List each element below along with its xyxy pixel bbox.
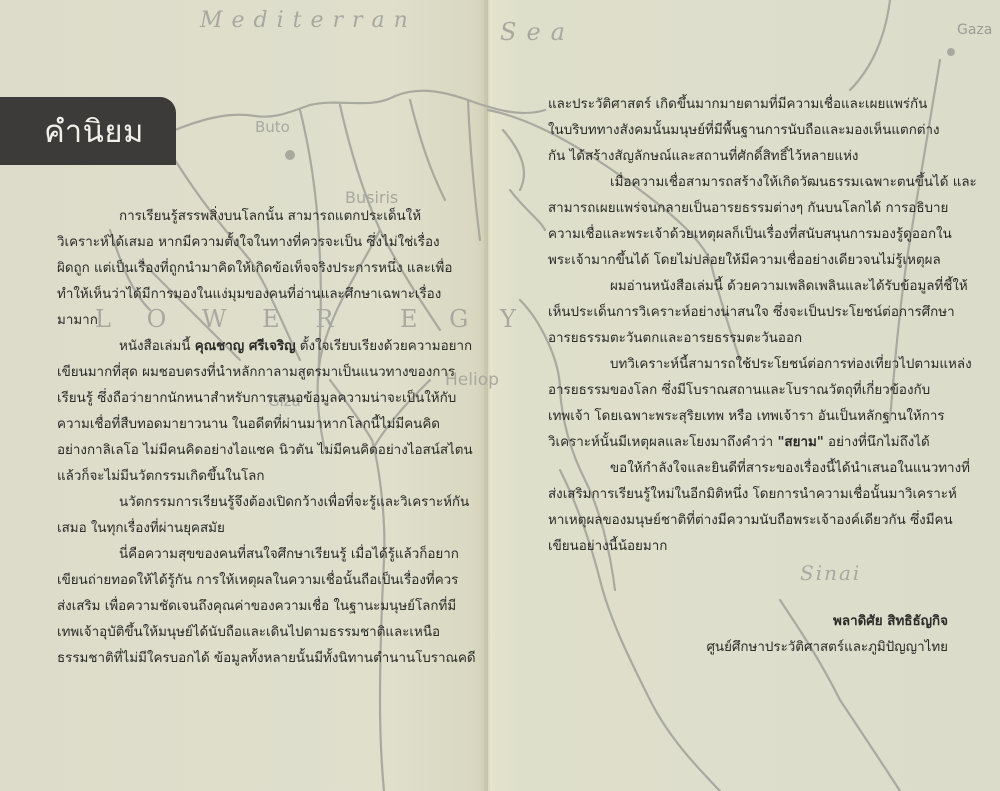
- text-line: ขอให้กำลังใจและยินดีที่สาระของเรื่องนี้ไ…: [548, 456, 958, 482]
- text-line: ในบริบททางสังคมนั้นมนุษย์ที่มีพื้นฐานการ…: [548, 118, 958, 144]
- text-line: บทวิเคราะห์นี้สามารถใช้ประโยชน์ต่อการท่อ…: [548, 352, 958, 378]
- text-line: เห็นประเด็นการวิเคราะห์อย่างน่าสนใจ ซึ่ง…: [548, 300, 958, 326]
- siam-bold-term: "สยาม": [777, 435, 823, 450]
- text-line: เขียนมากที่สุด ผมชอบตรงที่นำหลักกาลามสูต…: [57, 360, 469, 386]
- map-label-mediterranean: Mediterran: [200, 8, 417, 33]
- text-line: การเรียนรู้สรรพสิ่งบนโลกนั้น สามารถแตกปร…: [57, 204, 469, 230]
- author-name-bold: คุณชาญ ศรีเจริญ: [195, 339, 296, 354]
- text-line: เสมอ ในทุกเรื่องที่ผ่านยุคสมัย: [57, 516, 469, 542]
- text-line: เขียนอย่างนี้น้อยมาก: [548, 534, 958, 560]
- text-line: เทพเจ้า โดยเฉพาะพระสุริยเทพ หรือ เทพเจ้า…: [548, 404, 958, 430]
- text-line: หาเหตุผลของมนุษย์ชาติที่ต่างมีความนับถือ…: [548, 508, 958, 534]
- left-page-body: การเรียนรู้สรรพสิ่งบนโลกนั้น สามารถแตกปร…: [57, 204, 469, 672]
- text-line: ผิดถูก แต่เป็นเรื่องที่ถูกนำมาคิดให้เกิด…: [57, 256, 469, 282]
- signature-name: พลาดิศัย สิทธิธัญกิจ: [833, 610, 948, 631]
- text-line: อย่างกาลิเลโอ ไม่มีคนคิดอย่างไอแซค นิวตั…: [57, 438, 469, 464]
- right-page-body: และประวัติศาสตร์ เกิดขึ้นมากมายตามที่มีค…: [548, 92, 958, 560]
- map-label-sinai: Sinai: [800, 561, 861, 585]
- text-line: นี่คือความสุขของคนที่สนใจศึกษาเรียนรู้ เ…: [57, 542, 469, 568]
- text-line: ผมอ่านหนังสือเล่มนี้ ด้วยความเพลิดเพลินแ…: [548, 274, 958, 300]
- text-line: นวัตกรรมการเรียนรู้จึงต้องเปิดกว้างเพื่อ…: [57, 490, 469, 516]
- map-label-buto: Buto: [255, 118, 290, 136]
- text-line: หนังสือเล่มนี้ คุณชาญ ศรีเจริญ ตั้งใจเรี…: [57, 334, 469, 360]
- text-line: เรียนรู้ ซึ่งถือว่ายากนักหนาสำหรับการเสน…: [57, 386, 469, 412]
- text-line: ความเชื่อที่สืบทอดมายาวนาน ในอดีตที่ผ่าน…: [57, 412, 469, 438]
- text-line: มามาก: [57, 308, 469, 334]
- text-line: สามารถเผยแพร่จนกลายเป็นอารยธรรมต่างๆ กัน…: [548, 196, 958, 222]
- text-line: ธรรมชาติที่ไม่มีใครบอกได้ ข้อมูลทั้งหลาย…: [57, 646, 469, 672]
- text-line: เมื่อความเชื่อสามารถสร้างให้เกิดวัฒนธรรม…: [548, 170, 958, 196]
- text-line: พระเจ้ามากขึ้นได้ โดยไม่ปล่อยให้มีความเช…: [548, 248, 958, 274]
- text-span: อย่างที่นึกไม่ถึงได้: [824, 435, 930, 450]
- text-span: วิเคราะห์นั้นมีเหตุผลและโยงมาถึงคำว่า: [548, 435, 777, 450]
- book-spread: Mediterran Sea Gaza Buto Busiris L O W E…: [0, 0, 1000, 791]
- text-line: และประวัติศาสตร์ เกิดขึ้นมากมายตามที่มีค…: [548, 92, 958, 118]
- text-line: แล้วก็จะไม่มีนวัตกรรมเกิดขึ้นในโลก: [57, 464, 469, 490]
- text-line: วิเคราะห์นั้นมีเหตุผลและโยงมาถึงคำว่า "ส…: [548, 430, 958, 456]
- text-line: ส่งเสริมการเรียนรู้ใหม่ในอีกมิติหนึ่ง โด…: [548, 482, 958, 508]
- text-line: อารยธรรมตะวันตกและอารยธรรมตะวันออก: [548, 326, 958, 352]
- text-span: ตั้งใจเรียบเรียงด้วยความอยาก: [296, 339, 473, 354]
- text-span: หนังสือเล่มนี้: [119, 339, 195, 354]
- text-line: กัน ได้สร้างสัญลักษณ์และสถานที่ศักดิ์สิท…: [548, 144, 958, 170]
- text-line: วิเคราะห์ได้เสมอ หากมีความตั้งใจในทางที่…: [57, 230, 469, 256]
- text-line: เทพเจ้าอุบัติขึ้นให้มนุษย์ได้นับถือและเด…: [57, 620, 469, 646]
- text-line: อารยธรรมของโลก ซึ่งมีโบราณสถานและโบราณวั…: [548, 378, 958, 404]
- section-title: คำนิยม: [44, 106, 144, 156]
- text-line: เขียนถ่ายทอดให้ได้รู้กัน การให้เหตุผลในค…: [57, 568, 469, 594]
- map-label-sea: Sea: [500, 18, 575, 46]
- section-title-tab: คำนิยม: [0, 97, 176, 165]
- text-line: ความเชื่อและพระเจ้าด้วยเหตุผลก็เป็นเรื่อ…: [548, 222, 958, 248]
- text-line: ทำให้เห็นว่าได้มีการมองในแง่มุมของคนที่อ…: [57, 282, 469, 308]
- text-line: ส่งเสริม เพื่อความชัดเจนถึงคุณค่าของความ…: [57, 594, 469, 620]
- map-label-gaza: Gaza: [957, 22, 992, 38]
- signature-organization: ศูนย์ศึกษาประวัติศาสตร์และภูมิปัญญาไทย: [706, 636, 948, 657]
